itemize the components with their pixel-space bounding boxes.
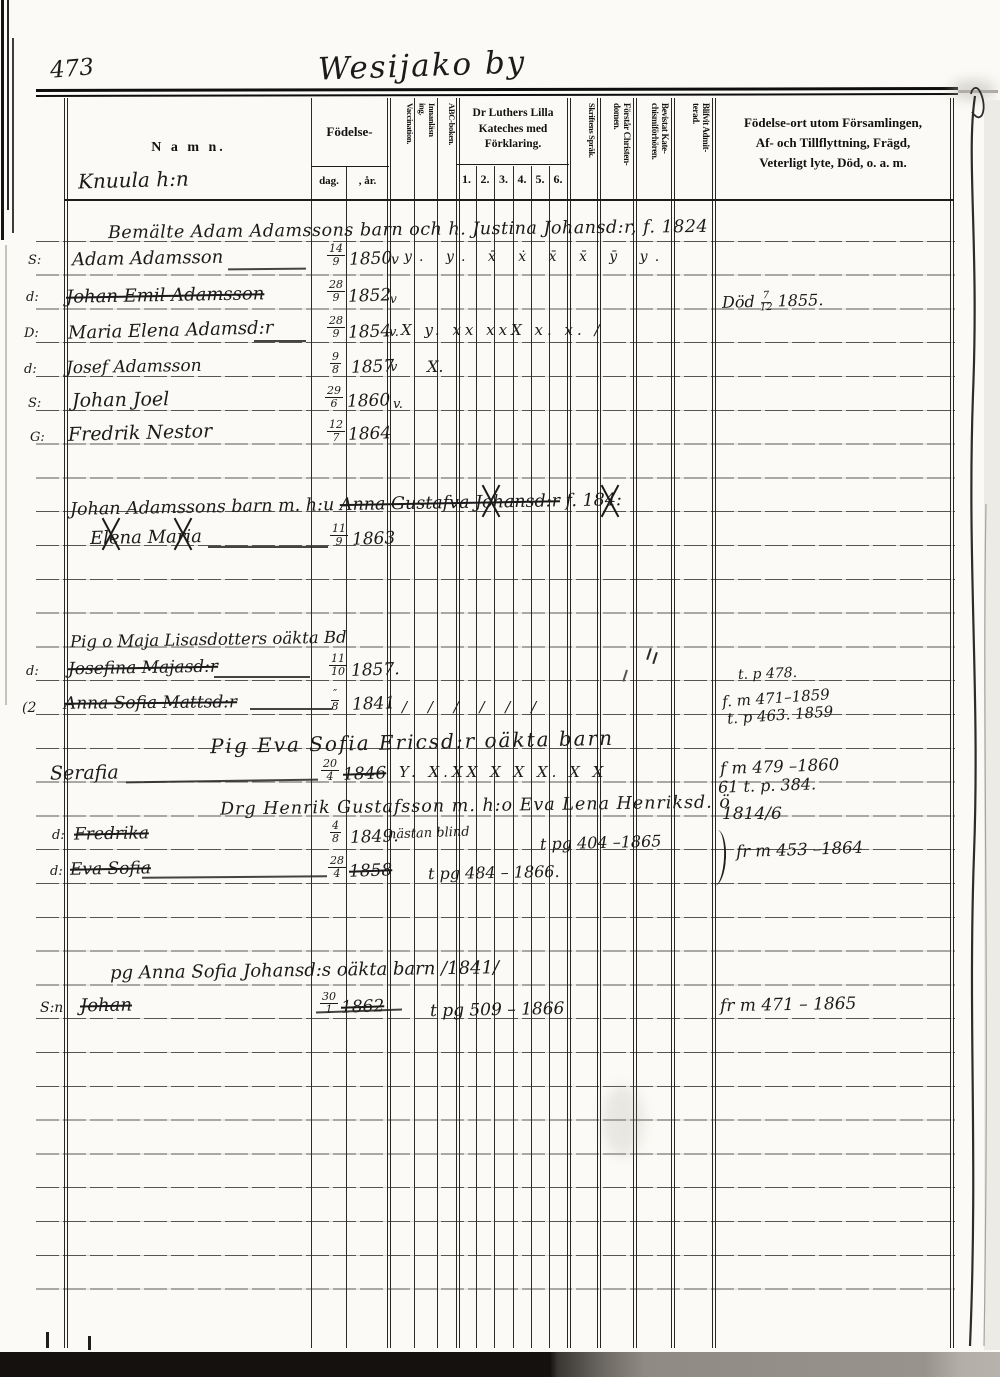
fodelse-divider-line bbox=[311, 166, 389, 167]
header-line: Bevistat Kate- bbox=[659, 103, 669, 197]
frac-numerator: 28 bbox=[327, 315, 345, 328]
frac-denominator: 10 bbox=[331, 666, 345, 678]
frac-denominator: 9 bbox=[333, 292, 340, 304]
row-year: 1852 bbox=[348, 285, 392, 306]
header-line: Förstår Christen- bbox=[621, 103, 631, 197]
remarks-header-line: Veterligt lyte, Död, o. a. m. bbox=[714, 153, 952, 173]
cross-out-mark bbox=[597, 486, 623, 516]
frac-denominator: 8 bbox=[332, 701, 339, 713]
kateches-subcol-1: 1. bbox=[457, 172, 476, 187]
death-label: Död bbox=[722, 292, 755, 312]
frac-denominator: 6 bbox=[331, 398, 338, 410]
row-name: Fredrik Nestor bbox=[68, 420, 213, 446]
kateches-subcol-6: 6. bbox=[549, 172, 567, 187]
column-line bbox=[346, 166, 347, 1348]
row-name: Eva Sofia bbox=[70, 858, 151, 879]
row-birthdate: ″8 bbox=[331, 688, 339, 712]
row-code: S:n bbox=[40, 1000, 63, 1016]
row-year: 1841 bbox=[352, 693, 396, 714]
frac-numerator: 11 bbox=[330, 523, 348, 536]
row-note: t pg 509 – 1866 bbox=[430, 999, 565, 1021]
row-year: 1857. bbox=[351, 659, 400, 681]
column-line bbox=[633, 98, 637, 1348]
frac-denominator: 12 bbox=[760, 303, 773, 314]
row-year: 1858 bbox=[349, 860, 393, 881]
row-code: (2 bbox=[22, 700, 36, 716]
frac-numerator: ″ bbox=[331, 688, 339, 701]
row-birthdate: 119 bbox=[330, 523, 348, 547]
column-header-vaccination: Vaccination. bbox=[390, 103, 414, 197]
row-year: 1862 bbox=[341, 996, 385, 1017]
row-name: Serafia bbox=[50, 761, 119, 784]
column-header-skriftens-sprak: Skriftens Språk. bbox=[570, 103, 596, 197]
header-bottom-line bbox=[64, 199, 954, 201]
reading-marks: Y. X.XX X X X. X X bbox=[399, 763, 607, 781]
death-year: 1855. bbox=[777, 290, 823, 310]
scan-mark bbox=[88, 1336, 91, 1350]
vaccination-mark: v. bbox=[389, 325, 399, 340]
header-line: chismiförhören. bbox=[649, 103, 659, 197]
row-year: 1864 bbox=[348, 423, 392, 444]
row-birthdate: 204 bbox=[321, 758, 339, 782]
bottom-scan-band bbox=[0, 1352, 1000, 1377]
column-line bbox=[549, 166, 550, 1348]
row-code: G: bbox=[30, 430, 45, 445]
remark-note: fr m 471 – 1865 bbox=[720, 994, 857, 1016]
row-code: S: bbox=[28, 253, 41, 268]
frac-numerator: 28 bbox=[328, 855, 346, 868]
page-edge-curve bbox=[952, 84, 1000, 1354]
title-double-rule bbox=[36, 87, 958, 97]
name-tail-line bbox=[208, 546, 328, 548]
row-year: 1860 bbox=[347, 390, 391, 411]
row-name: Josef Adamsson bbox=[66, 356, 202, 378]
column-header-forstar-christendomen: Förstår Christen- domen. bbox=[599, 103, 631, 197]
column-line bbox=[476, 166, 477, 1348]
column-line bbox=[494, 166, 495, 1348]
frac-denominator: 7 bbox=[333, 432, 340, 444]
remark-note: t. p 478. bbox=[738, 665, 798, 683]
binding-edge-mark bbox=[7, 0, 9, 210]
cross-out-mark bbox=[98, 519, 124, 549]
cross-out-mark bbox=[478, 486, 504, 516]
scan-mark bbox=[46, 1332, 49, 1348]
frac-denominator: 8 bbox=[332, 364, 339, 376]
column-line bbox=[567, 98, 571, 1348]
kateches-title-line: Kateches med bbox=[458, 122, 568, 138]
kateches-divider-line bbox=[456, 164, 569, 165]
frac-numerator: 12 bbox=[327, 419, 345, 432]
row-code: d: bbox=[26, 664, 39, 679]
binding-edge-mark bbox=[1, 0, 4, 240]
row-year: 1846 bbox=[343, 763, 387, 784]
remark-note: 61 t. p. 384. bbox=[718, 774, 817, 796]
column-header-bevistat-katechismiforhoren: Bevistat Kate- chismiförhören. bbox=[635, 103, 669, 197]
cross-out-mark bbox=[170, 519, 196, 549]
frac-denominator: 8 bbox=[332, 833, 339, 845]
row-name: Anna Sofia Mattsd:r bbox=[64, 692, 237, 714]
frac-numerator: 4 bbox=[330, 820, 341, 833]
kateches-subcol-2: 2. bbox=[476, 172, 494, 187]
column-line bbox=[712, 98, 716, 1348]
vaccination-mark: v bbox=[391, 252, 399, 268]
family-heading-struck: Anna Gustafva Johansd:r bbox=[340, 491, 561, 515]
row-name: Fredrika bbox=[74, 823, 149, 844]
column-header-blifvit-admitterad: Blifvit Admit- terad. bbox=[674, 103, 710, 197]
row-birthdate: 98 bbox=[330, 351, 341, 375]
row-code: D: bbox=[24, 326, 39, 341]
frac-numerator: 9 bbox=[330, 351, 341, 364]
column-header-ar: , år. bbox=[347, 175, 388, 187]
row-name: Adam Adamsson bbox=[72, 247, 224, 271]
row-code: d: bbox=[50, 864, 63, 879]
frac-numerator: 7 bbox=[761, 291, 772, 303]
scan-smudge bbox=[602, 1085, 644, 1157]
header-line: domen. bbox=[611, 103, 621, 197]
reading-marks: / / / / / / bbox=[402, 698, 544, 716]
column-header-remarks: Födelse-ort utom Församlingen, Af- och T… bbox=[714, 113, 952, 173]
column-header-fodelse: Födelse- bbox=[311, 124, 388, 140]
name-tail-line bbox=[214, 676, 310, 678]
row-code: S: bbox=[28, 396, 41, 411]
row-year: 1857 bbox=[351, 356, 395, 377]
row-birthdate: 289 bbox=[327, 315, 345, 339]
reading-marks: y. y. x̄ ẋ x̄ x̄ ȳ y. bbox=[404, 249, 668, 265]
frac-numerator: 30 bbox=[320, 991, 338, 1004]
header-line: ing. bbox=[417, 103, 426, 197]
name-tail-line bbox=[250, 708, 332, 710]
vaccination-mark: v bbox=[390, 360, 397, 375]
frac-denominator: 9 bbox=[333, 328, 340, 340]
binding-edge-mark bbox=[5, 245, 7, 705]
kateches-subcol-3: 3. bbox=[494, 172, 513, 187]
row-birthdate: 127 bbox=[327, 419, 345, 443]
header-line: terad. bbox=[690, 103, 700, 197]
row-note: nästan blind bbox=[388, 825, 470, 843]
row-note: t pg 404 –1865 bbox=[540, 831, 662, 853]
frac-denominator: 9 bbox=[336, 536, 343, 548]
frac-denominator: 1 bbox=[326, 1004, 333, 1016]
vaccination-mark: v. bbox=[393, 397, 403, 412]
row-name: Johan bbox=[80, 995, 132, 1017]
reading-marks: X y. xx xxX x. x. / bbox=[401, 321, 604, 339]
row-name: Johan Emil Adamsson bbox=[66, 283, 265, 307]
row-code: d: bbox=[52, 828, 65, 843]
row-year: 1863 bbox=[352, 528, 396, 549]
row-name: Johan Joel bbox=[72, 388, 170, 412]
binding-edge-mark bbox=[12, 38, 14, 233]
kateches-subcol-5: 5. bbox=[531, 172, 549, 187]
frac-numerator: 28 bbox=[327, 279, 345, 292]
frac-denominator: 9 bbox=[333, 256, 340, 268]
farm-name-note: Knuula h:n bbox=[78, 167, 189, 194]
header-line: Blifvit Admit- bbox=[700, 103, 710, 197]
column-line bbox=[531, 166, 532, 1348]
death-date-fraction: 712 bbox=[760, 291, 773, 313]
row-name: Josefina Majasd:r bbox=[68, 657, 218, 680]
remarks-header-line: Födelse-ort utom Församlingen, bbox=[714, 113, 952, 133]
kateches-subcol-4: 4. bbox=[513, 172, 531, 187]
reading-marks: X. bbox=[427, 357, 443, 376]
frac-numerator: 14 bbox=[327, 243, 345, 256]
row-code: d: bbox=[26, 290, 39, 305]
row-code: d: bbox=[24, 362, 37, 377]
column-line bbox=[64, 98, 68, 1348]
page-number: 473 bbox=[49, 54, 95, 84]
column-line bbox=[456, 98, 460, 1348]
frac-numerator: 20 bbox=[321, 758, 339, 771]
remark-note: 1814/6 bbox=[722, 804, 782, 824]
vaccination-mark: v bbox=[390, 292, 397, 306]
row-birthdate: 284 bbox=[328, 855, 346, 879]
column-line bbox=[311, 98, 312, 1348]
column-header-innanlasning: Innanläsn ing. bbox=[413, 103, 436, 197]
row-year: 1854 bbox=[348, 321, 392, 342]
frac-numerator: 11 bbox=[329, 653, 347, 666]
column-line bbox=[671, 98, 675, 1348]
column-header-dag: dag. bbox=[311, 175, 347, 187]
column-header-namn: N a m n. bbox=[66, 140, 311, 156]
frac-numerator: 29 bbox=[325, 385, 343, 398]
row-birthdate: 296 bbox=[325, 385, 343, 409]
column-line bbox=[437, 98, 438, 1348]
village-title: Wesijako by bbox=[317, 44, 526, 87]
frac-denominator: 4 bbox=[334, 868, 341, 880]
remarks-header-line: Af- och Tillflyttning, Frägd, bbox=[714, 133, 952, 153]
row-year: 1850 bbox=[349, 248, 393, 269]
column-line bbox=[414, 98, 415, 1348]
column-line bbox=[513, 166, 514, 1348]
remark-death-note: Död 712 1855. bbox=[722, 290, 824, 315]
column-line bbox=[597, 98, 601, 1348]
column-header-kateches: Dr Luthers Lilla Kateches med Förklaring… bbox=[458, 106, 568, 153]
row-birthdate: 48 bbox=[330, 820, 341, 844]
frac-denominator: 4 bbox=[327, 771, 334, 783]
name-tail-line bbox=[254, 340, 306, 342]
row-birthdate: 289 bbox=[327, 279, 345, 303]
row-note: t pg 484 – 1866. bbox=[428, 862, 560, 883]
row-birthdate: 1110 bbox=[329, 653, 347, 677]
header-line: Innanläsn bbox=[427, 103, 436, 197]
kateches-title-line: Förklaring. bbox=[458, 137, 568, 153]
column-header-abc-boken: ABC-boken. bbox=[437, 103, 456, 197]
kateches-title-line: Dr Luthers Lilla bbox=[458, 106, 568, 122]
scanned-parish-register-page: 473 Wesijako by N a m n. Knuula h:n Föde… bbox=[0, 0, 1000, 1377]
row-birthdate: 149 bbox=[327, 243, 345, 267]
